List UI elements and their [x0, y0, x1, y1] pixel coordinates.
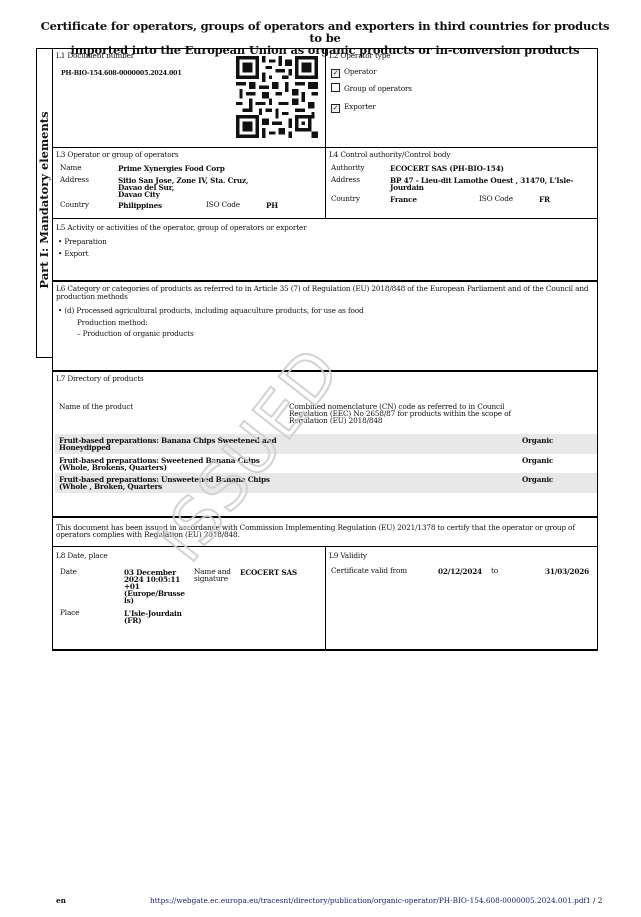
authority-iso-label: ISO Code	[479, 195, 513, 203]
table-row: Fruit-based preparations: Sweetened Bana…	[55, 454, 597, 474]
document-number: PH-BIO-154.608-0000005.2024.001	[61, 70, 182, 77]
checkbox-checked-icon[interactable]: ✓	[331, 69, 340, 78]
footer-language: en	[56, 896, 66, 905]
column-header-product-name: Name of the product	[59, 403, 133, 411]
signature-label: Name andsignature	[194, 568, 231, 582]
operator-country: Philippines	[118, 202, 162, 209]
l5-heading: L5 Activity or activities of the operato…	[56, 224, 307, 232]
l6-heading: L6 Category or categories of products as…	[56, 285, 588, 300]
l8-section: L8 Date, place Date 03 December2024 10:0…	[52, 546, 326, 651]
name-label: Name	[60, 164, 81, 172]
valid-from-label: Certificate valid from	[331, 567, 407, 575]
date-label: Date	[60, 568, 77, 576]
product-status: Organic	[522, 476, 553, 483]
exporter-type-option[interactable]: ✓Exporter	[331, 103, 376, 113]
qr-code-icon	[236, 56, 318, 138]
table-row: Fruit-based preparations: Banana Chips S…	[55, 434, 597, 454]
page-number: 1 / 2	[586, 896, 602, 905]
place-label: Place	[60, 609, 79, 617]
l9-section: L9 Validity Certificate valid from 02/12…	[325, 546, 598, 651]
address-label: Address	[60, 176, 89, 184]
iso-code-label: ISO Code	[206, 201, 240, 209]
authority-country-label: Country	[331, 195, 360, 203]
signature-value: ECOCERT SAS	[240, 569, 297, 576]
activity-item: • Export	[58, 250, 88, 258]
l2-heading: L2 Operator type	[329, 52, 390, 60]
checkbox-checked-icon[interactable]: ✓	[331, 104, 340, 113]
l8-heading: L8 Date, place	[56, 552, 108, 560]
l4-heading: L4 Control authority/Control body	[329, 151, 450, 159]
l9-heading: L9 Validity	[329, 552, 367, 560]
column-header-cn-code: Combined nomenclature (CN) code as refer…	[289, 403, 511, 424]
l7-heading: L7 Directory of products	[56, 375, 144, 383]
part-label: Part I: Mandatory elements	[37, 111, 51, 288]
issue-date: 03 December2024 10:05:11+01(Europe/Bruss…	[124, 569, 185, 604]
l1-heading: L1 Document number	[56, 52, 134, 60]
to-label: to	[491, 567, 498, 575]
l6-section: L6 Category or categories of products as…	[52, 280, 598, 371]
issue-place: L'Isle-Jourdain(FR)	[124, 610, 182, 624]
authority-label: Authority	[331, 164, 365, 172]
authority-country: France	[390, 196, 417, 203]
production-method-label: Production method:	[77, 319, 148, 327]
activity-item: • Preparation	[58, 238, 107, 246]
product-status: Organic	[522, 437, 553, 444]
footer-url-link[interactable]: https://webgate.ec.europa.eu/tracesnt/di…	[150, 896, 586, 905]
production-method: – Production of organic products	[77, 330, 194, 338]
l2-section: L2 Operator type ✓Operator Group of oper…	[325, 48, 598, 148]
compliance-statement: This document has been issued in accorda…	[52, 516, 598, 547]
authority-iso-code: FR	[539, 196, 550, 203]
operator-name: Prime Xynergies Food Corp	[118, 165, 225, 172]
checkbox-unchecked-icon[interactable]	[331, 83, 340, 92]
control-authority: ECOCERT SAS (PH-BIO-154)	[390, 165, 504, 172]
l5-section: L5 Activity or activities of the operato…	[52, 218, 598, 281]
product-status: Organic	[522, 457, 553, 464]
title-line-1: Certificate for operators, groups of ope…	[40, 20, 610, 44]
operator-type-option[interactable]: ✓Operator	[331, 68, 376, 78]
group-of-operators-option[interactable]: Group of operators	[331, 83, 412, 93]
l3-section: L3 Operator or group of operators Name P…	[52, 147, 326, 219]
valid-to-date: 31/03/2026	[545, 568, 589, 575]
authority-address-label: Address	[331, 176, 360, 184]
operator-iso-code: PH	[266, 202, 278, 209]
authority-address: BP 47 - Lieu-dit Lamothe Ouest , 31470, …	[390, 177, 573, 191]
l3-heading: L3 Operator or group of operators	[56, 151, 178, 159]
l4-section: L4 Control authority/Control body Author…	[325, 147, 598, 219]
operator-address: Sitio San Jose, Zone IV, Sta. Cruz,Davao…	[118, 177, 248, 198]
country-label: Country	[60, 201, 89, 209]
valid-from-date: 02/12/2024	[438, 568, 482, 575]
table-row: Fruit-based preparations: Unsweetened Ba…	[55, 473, 597, 493]
product-category: • (d) Processed agricultural products, i…	[58, 307, 364, 315]
